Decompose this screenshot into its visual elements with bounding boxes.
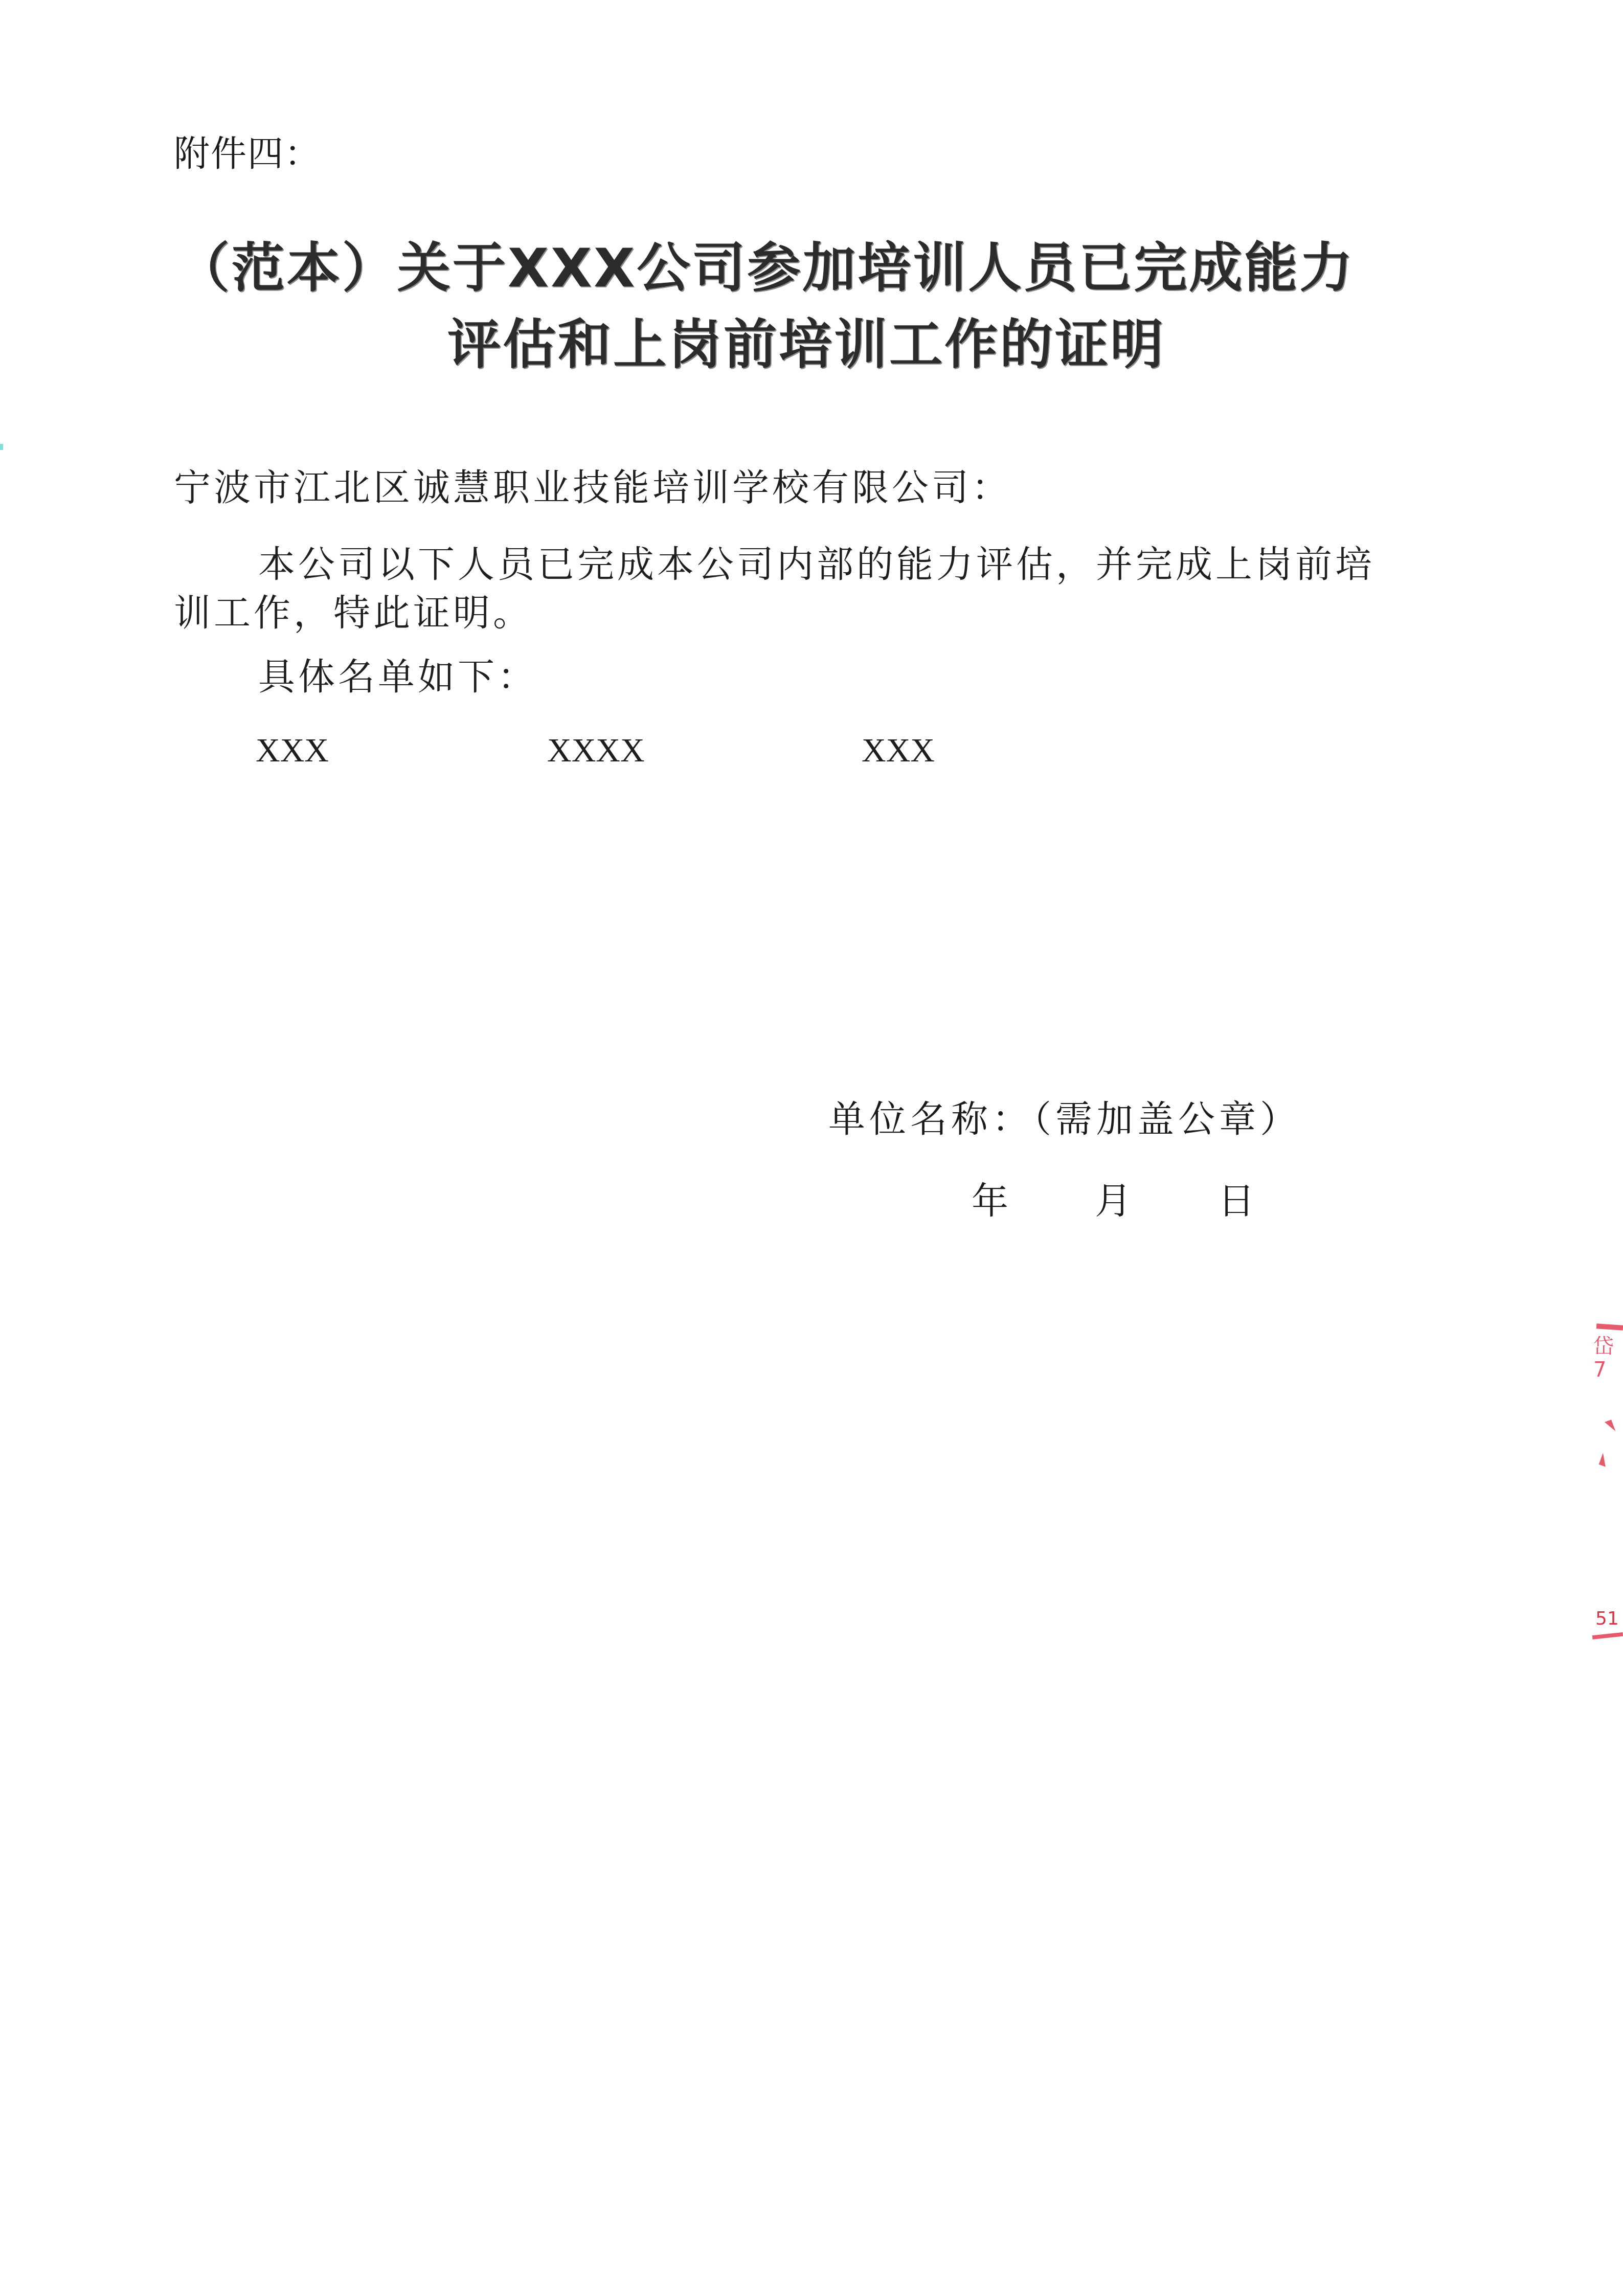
body-paragraph-line-2: 训工作，特此证明。 — [174, 583, 533, 636]
list-intro: 具体名单如下： — [258, 647, 537, 700]
document-page: 附件四： （范本）关于XXX公司参加培训人员已完成能力 评估和上岗前培训工作的证… — [0, 0, 1623, 2296]
date-day: 日 — [1218, 1171, 1259, 1224]
attachment-label: 附件四： — [174, 125, 321, 177]
stamp-bar-top — [1596, 1323, 1623, 1331]
name-list-item: XXX — [256, 731, 329, 770]
stamp-star-fragment-icon — [1599, 1453, 1616, 1469]
stamp-star-fragment-icon — [1599, 1420, 1616, 1435]
scan-artifact — [0, 444, 3, 450]
name-list-item: XXX — [862, 731, 935, 770]
document-title-line-2: 评估和上岗前培训工作的证明 — [0, 302, 1618, 378]
name-list-item: XXXX — [547, 731, 645, 770]
red-seal-stamp-fragment: 岱7 51 — [1590, 1314, 1623, 1652]
date-month: 月 — [1095, 1171, 1136, 1224]
stamp-number: 51 — [1595, 1608, 1619, 1629]
unit-name-signature: 单位名称：（需加盖公章） — [828, 1089, 1301, 1142]
document-title-line-1: （范本）关于XXX公司参加培训人员已完成能力 — [0, 225, 1577, 302]
body-paragraph-line-1: 本公司以下人员已完成本公司内部的能力评估，并完成上岗前培 — [258, 534, 1375, 588]
stamp-chars: 岱7 — [1593, 1335, 1614, 1382]
date-year: 年 — [972, 1171, 1012, 1224]
addressee: 宁波市江北区诚慧职业技能培训学校有限公司： — [174, 458, 1011, 511]
date-line: 年 月 日 — [972, 1171, 1259, 1224]
stamp-bar-bottom — [1592, 1632, 1623, 1639]
